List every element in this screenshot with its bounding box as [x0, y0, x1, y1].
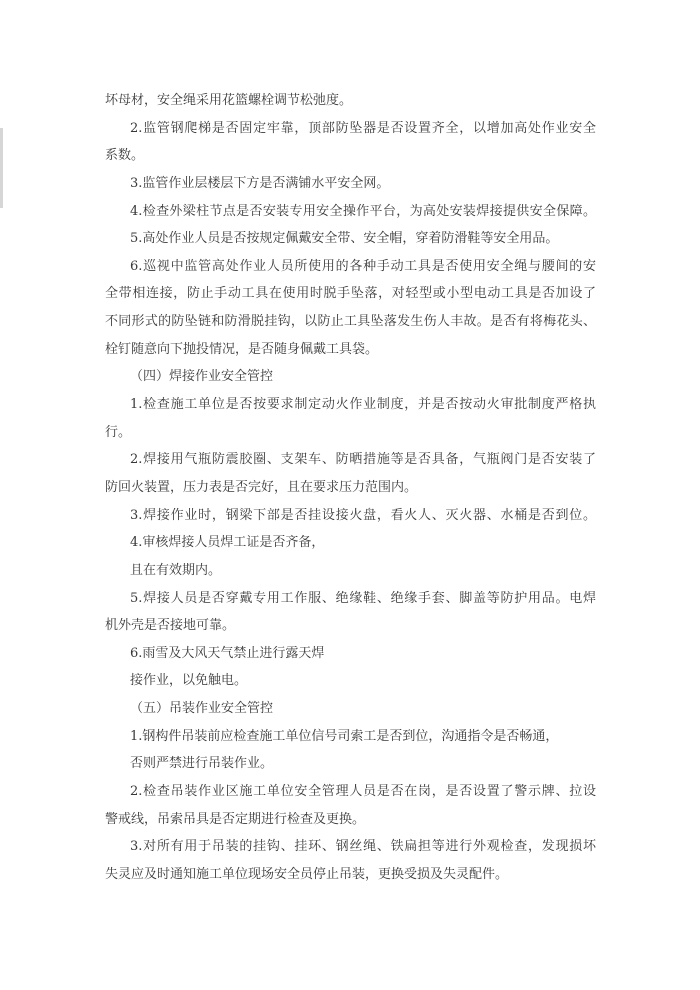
text-line: 警戒线，吊索吊具是否定期进行检查及更换。 — [105, 806, 596, 834]
text-line: （四）焊接作业安全管控 — [105, 363, 596, 391]
text-line: 全带相连接，防止手动工具在使用时脱手坠落，对轻型或小型电动工具是否加设了 — [105, 280, 596, 308]
text-line: 2.监管钢爬梯是否固定牢靠，顶部防坠器是否设置齐全，以增加高处作业安全 — [105, 115, 596, 143]
text-line: 5.焊接人员是否穿戴专用工作服、绝缘鞋、绝缘手套、脚盖等防护用品。电焊 — [105, 585, 596, 613]
text-line: 2.焊接用气瓶防震胶圈、支架车、防晒措施等是否具备，气瓶阀门是否安装了 — [105, 446, 596, 474]
text-line: 栓钉随意向下抛投情况，是否随身佩戴工具袋。 — [105, 336, 596, 364]
text-line: 3.监管作业层楼层下方是否满铺水平安全网。 — [105, 170, 596, 198]
text-line: 6.雨雪及大风天气禁止进行露天焊 — [105, 640, 596, 668]
text-line: 且在有效期内。 — [105, 557, 596, 585]
document-text-block: 坏母材，安全绳采用花篮螺栓调节松弛度。2.监管钢爬梯是否固定牢靠，顶部防坠器是否… — [105, 87, 596, 889]
text-line: 1.检查施工单位是否按要求制定动火作业制度，并是否按动火审批制度严格执 — [105, 391, 596, 419]
text-line: 4.审核焊接人员焊工证是否齐备， — [105, 529, 596, 557]
text-line: 2.检查吊装作业区施工单位安全管理人员是否在岗，是否设置了警示牌、拉设 — [105, 778, 596, 806]
text-line: 3.对所有用于吊装的挂钩、挂环、钢丝绳、铁扁担等进行外观检查，发现损坏 — [105, 833, 596, 861]
text-line: 否则严禁进行吊装作业。 — [105, 750, 596, 778]
text-line: 坏母材，安全绳采用花篮螺栓调节松弛度。 — [105, 87, 596, 115]
text-line: 接作业，以免触电。 — [105, 667, 596, 695]
text-line: 3.焊接作业时，钢梁下部是否挂设接火盘，看火人、灭火器、水桶是否到位。 — [105, 502, 596, 530]
text-line: 不同形式的防坠链和防滑脱挂钩，以防止工具坠落发生伤人丰故。是否有将梅花头、 — [105, 308, 596, 336]
text-line: 机外壳是否接地可靠。 — [105, 612, 596, 640]
text-line: 4.检查外梁柱节点是否安装专用安全操作平台，为高处安装焊接提供安全保障。 — [105, 198, 596, 226]
text-line: 防回火装置，压力表是否完好，且在要求压力范围内。 — [105, 474, 596, 502]
document-page: 坏母材，安全绳采用花篮螺栓调节松弛度。2.监管钢爬梯是否固定牢靠，顶部防坠器是否… — [0, 0, 700, 990]
text-line: 1.钢构件吊装前应检查施工单位信号司索工是否到位，沟通指令是否畅通， — [105, 723, 596, 751]
text-line: 系数。 — [105, 142, 596, 170]
text-line: 5.高处作业人员是否按规定佩戴安全带、安全帽，穿着防滑鞋等安全用品。 — [105, 225, 596, 253]
text-line: 失灵应及时通知施工单位现场安全员停止吊装，更换受损及失灵配件。 — [105, 861, 596, 889]
text-line: 6.巡视中监管高处作业人员所使用的各种手动工具是否使用安全绳与腰间的安 — [105, 253, 596, 281]
page-edge-artifact — [0, 128, 3, 208]
text-line: （五）吊装作业安全管控 — [105, 695, 596, 723]
text-line: 行。 — [105, 419, 596, 447]
